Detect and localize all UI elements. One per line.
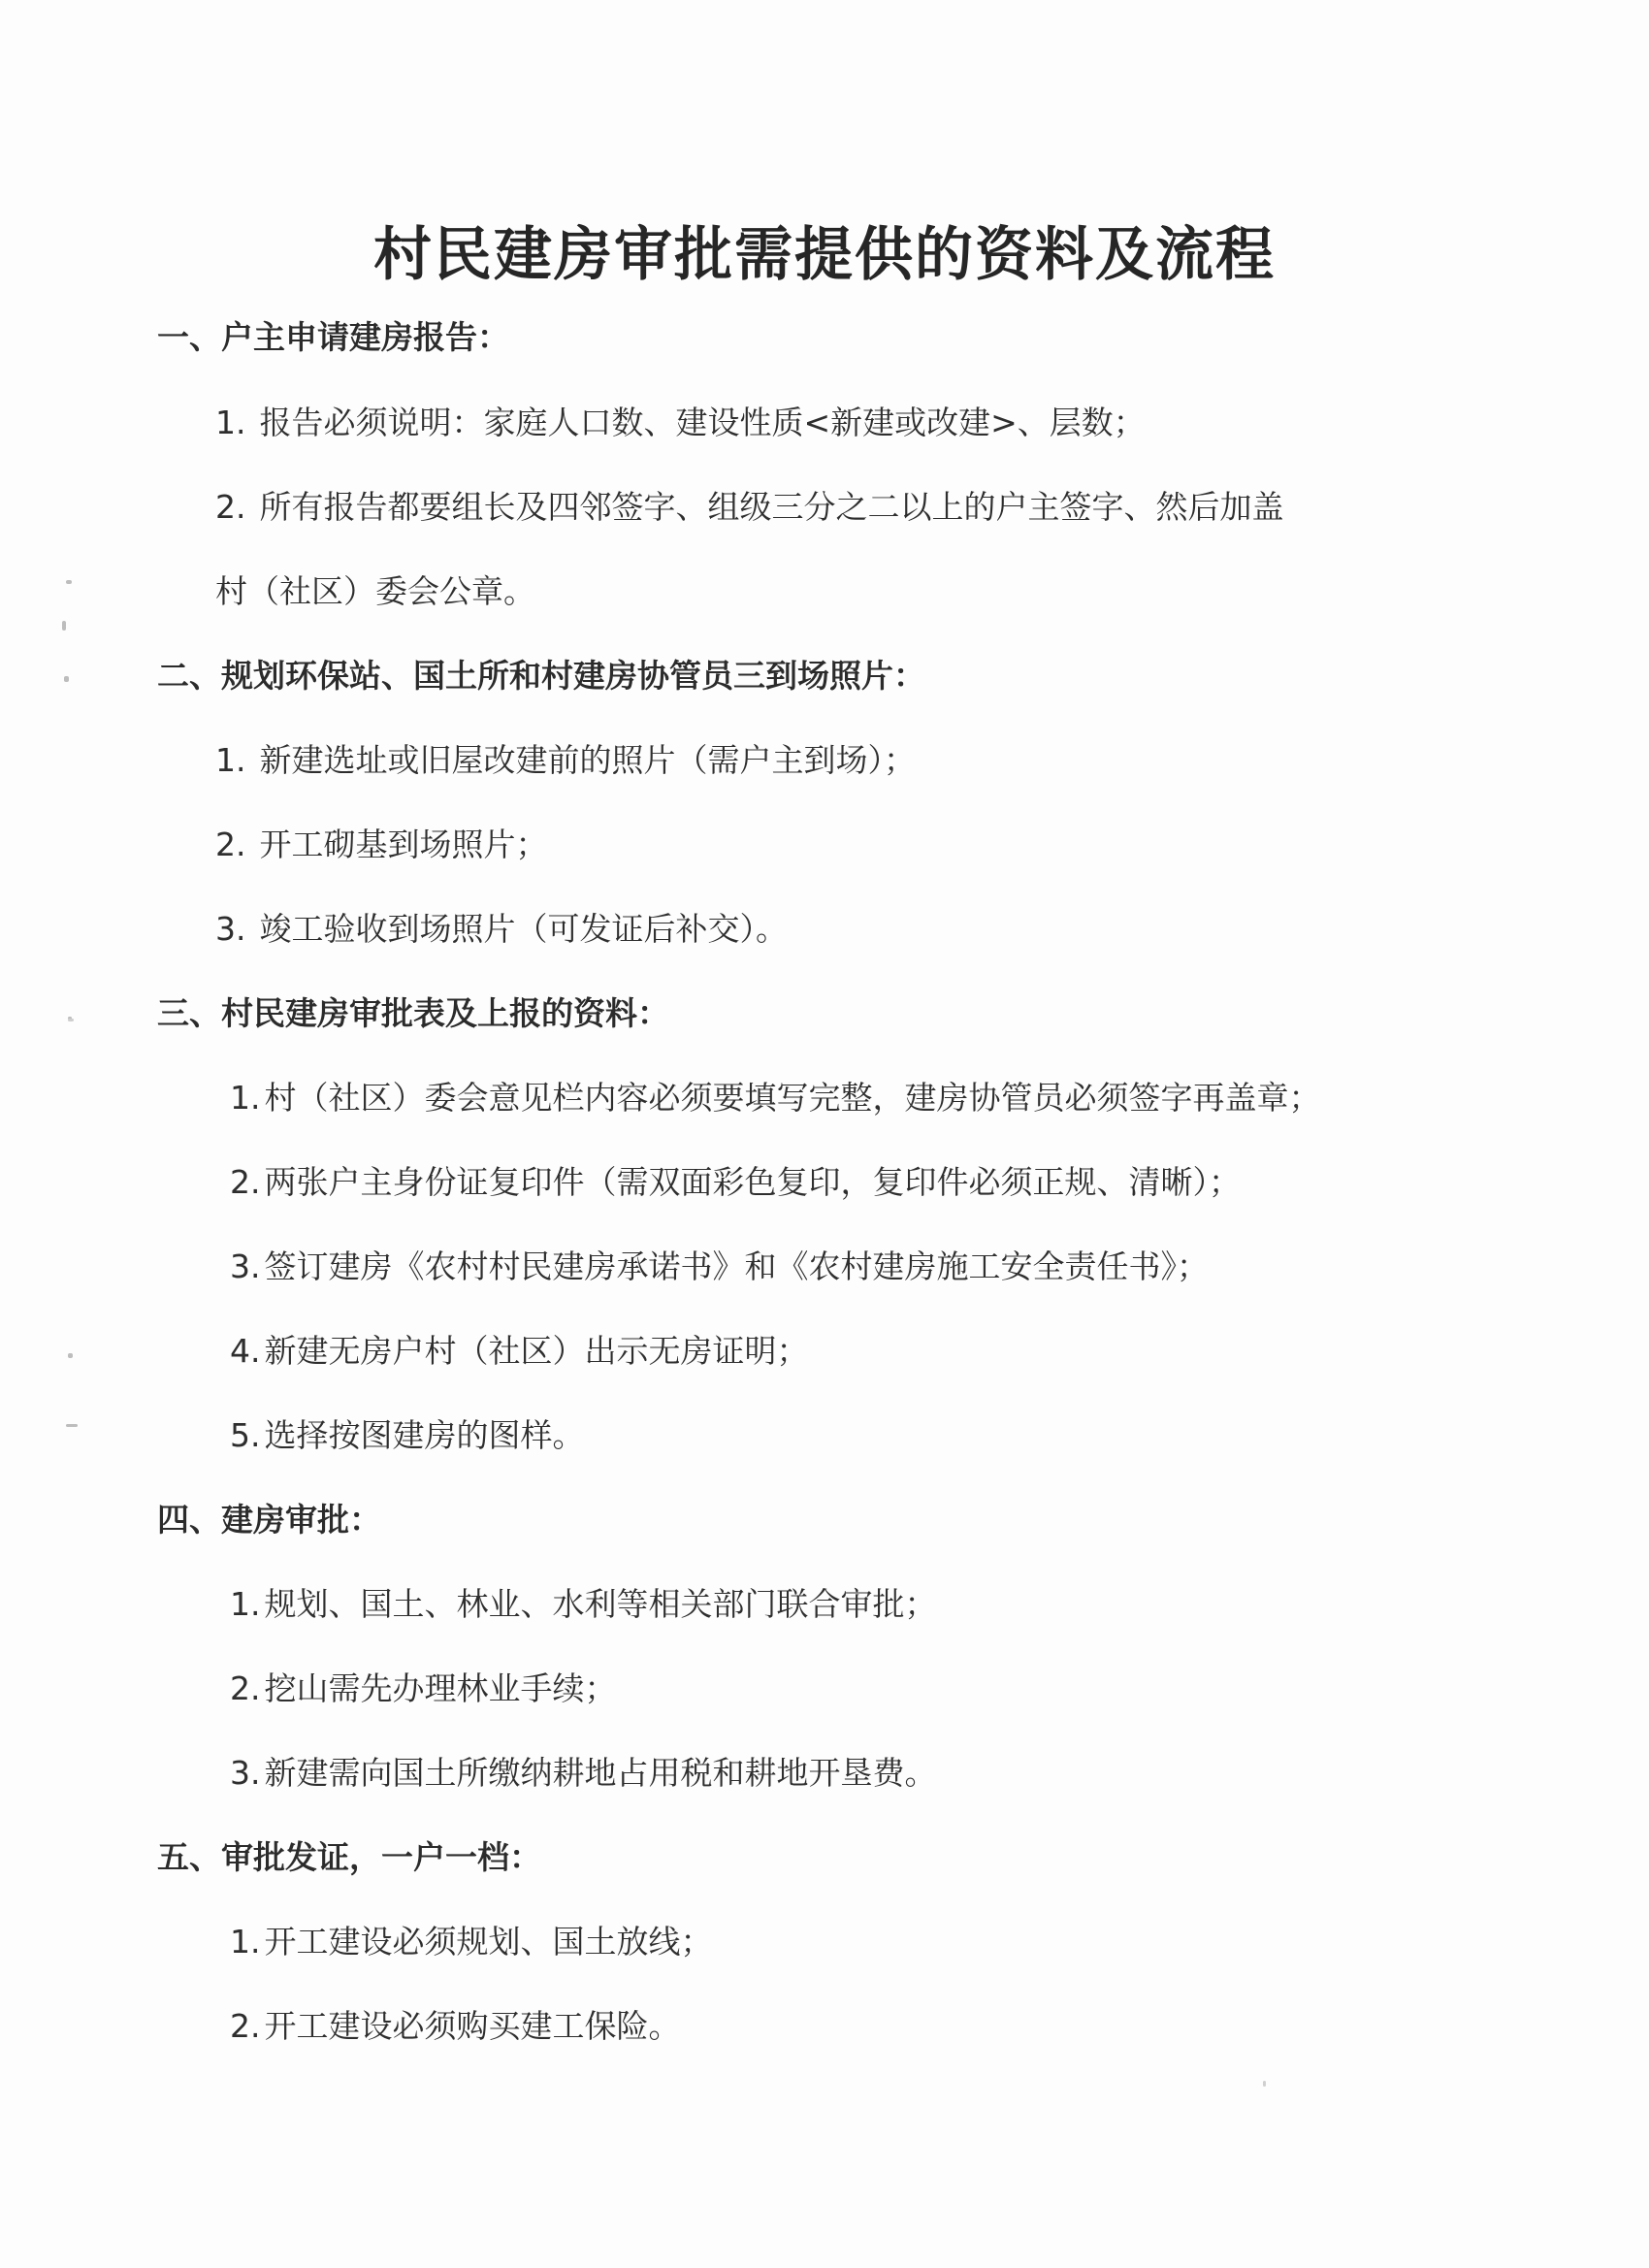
- item-text: 开工建设必须购买建工保险。: [265, 2007, 681, 2045]
- list-item: 2.所有报告都要组长及四邻签字、组级三分之二以上的户主签字、然后加盖: [215, 482, 1284, 528]
- list-item: 3.新建需向国土所缴纳耕地占用税和耕地开垦费。: [230, 1748, 937, 1794]
- scan-mark: [68, 1353, 73, 1358]
- list-item: 3.竣工验收到场照片（可发证后补交）。: [215, 904, 788, 950]
- item-number: 4.: [230, 1332, 261, 1370]
- item-number: 2.: [230, 1669, 261, 1707]
- item-number: 2.: [215, 826, 246, 863]
- item-number: 3.: [230, 1754, 261, 1792]
- scan-mark: [66, 580, 72, 584]
- scan-mark: [64, 676, 69, 682]
- item-text: 所有报告都要组长及四邻签字、组级三分之二以上的户主签字、然后加盖: [260, 488, 1284, 526]
- scan-mark: [62, 621, 66, 631]
- list-item: 1.规划、国土、林业、水利等相关部门联合审批；: [230, 1579, 937, 1625]
- list-item: 1.新建选址或旧屋改建前的照片（需户主到场）；: [215, 735, 916, 781]
- list-item: 5.选择按图建房的图样。: [230, 1410, 585, 1456]
- document-title: 村民建房审批需提供的资料及流程: [0, 209, 1649, 292]
- scan-mark: [66, 1424, 78, 1427]
- item-text: 开工砌基到场照片；: [260, 826, 548, 863]
- item-text: 报告必须说明：家庭人口数、建设性质<新建或改建>、层数；: [260, 404, 1146, 441]
- list-item: 1.报告必须说明：家庭人口数、建设性质<新建或改建>、层数；: [215, 398, 1146, 443]
- list-item: 2.开工砌基到场照片；: [215, 820, 548, 865]
- item-text: 竣工验收到场照片（可发证后补交）。: [260, 910, 789, 948]
- section-heading-3: 三、村民建房审批表及上报的资料：: [157, 988, 669, 1034]
- item-text: 新建选址或旧屋改建前的照片（需户主到场）；: [260, 741, 917, 779]
- scan-mark: [1263, 2081, 1266, 2087]
- item-number: 1.: [215, 741, 246, 779]
- item-number: 2.: [230, 1163, 261, 1201]
- section-heading-4: 四、建房审批：: [157, 1495, 381, 1540]
- section-heading-5: 五、审批发证，一户一档：: [157, 1832, 541, 1878]
- item-text: 两张户主身份证复印件（需双面彩色复印，复印件必须正规、清晰）；: [265, 1163, 1242, 1201]
- item-text: 新建无房户村（社区）出示无房证明；: [265, 1332, 809, 1370]
- item-text: 签订建房《农村村民建房承诺书》和《农村建房施工安全责任书》；: [265, 1247, 1210, 1285]
- item-number: 1.: [230, 1923, 261, 1960]
- list-item: 1.村（社区）委会意见栏内容必须要填写完整，建房协管员必须签字再盖章；: [230, 1073, 1321, 1118]
- item-number: 1.: [230, 1079, 261, 1117]
- list-item: 2.开工建设必须购买建工保险。: [230, 2001, 681, 2047]
- list-item-continuation: 村（社区）委会公章。: [215, 567, 535, 612]
- item-text: 挖山需先办理林业手续；: [265, 1669, 617, 1707]
- item-text: 规划、国土、林业、水利等相关部门联合审批；: [265, 1585, 937, 1623]
- item-text: 新建需向国土所缴纳耕地占用税和耕地开垦费。: [265, 1754, 937, 1792]
- scanned-page: 村民建房审批需提供的资料及流程 一、户主申请建房报告： 1.报告必须说明：家庭人…: [0, 0, 1649, 2268]
- item-number: 5.: [230, 1416, 261, 1454]
- item-text: 选择按图建房的图样。: [265, 1416, 585, 1454]
- section-heading-2: 二、规划环保站、国土所和村建房协管员三到场照片：: [157, 651, 925, 697]
- list-item: 2.挖山需先办理林业手续；: [230, 1664, 617, 1709]
- list-item: 1.开工建设必须规划、国土放线；: [230, 1917, 713, 1962]
- item-number: 3.: [230, 1247, 261, 1285]
- item-number: 3.: [215, 910, 246, 948]
- item-number: 1.: [215, 404, 246, 441]
- item-number: 2.: [230, 2007, 261, 2045]
- item-text: 开工建设必须规划、国土放线；: [265, 1923, 713, 1960]
- list-item: 4.新建无房户村（社区）出示无房证明；: [230, 1326, 809, 1372]
- item-number: 1.: [230, 1585, 261, 1623]
- scan-mark: [68, 1019, 74, 1021]
- item-text: 村（社区）委会意见栏内容必须要填写完整，建房协管员必须签字再盖章；: [265, 1079, 1321, 1117]
- section-heading-1: 一、户主申请建房报告：: [157, 312, 509, 358]
- item-number: 2.: [215, 488, 246, 526]
- list-item: 2.两张户主身份证复印件（需双面彩色复印，复印件必须正规、清晰）；: [230, 1157, 1241, 1203]
- list-item: 3.签订建房《农村村民建房承诺书》和《农村建房施工安全责任书》；: [230, 1242, 1209, 1287]
